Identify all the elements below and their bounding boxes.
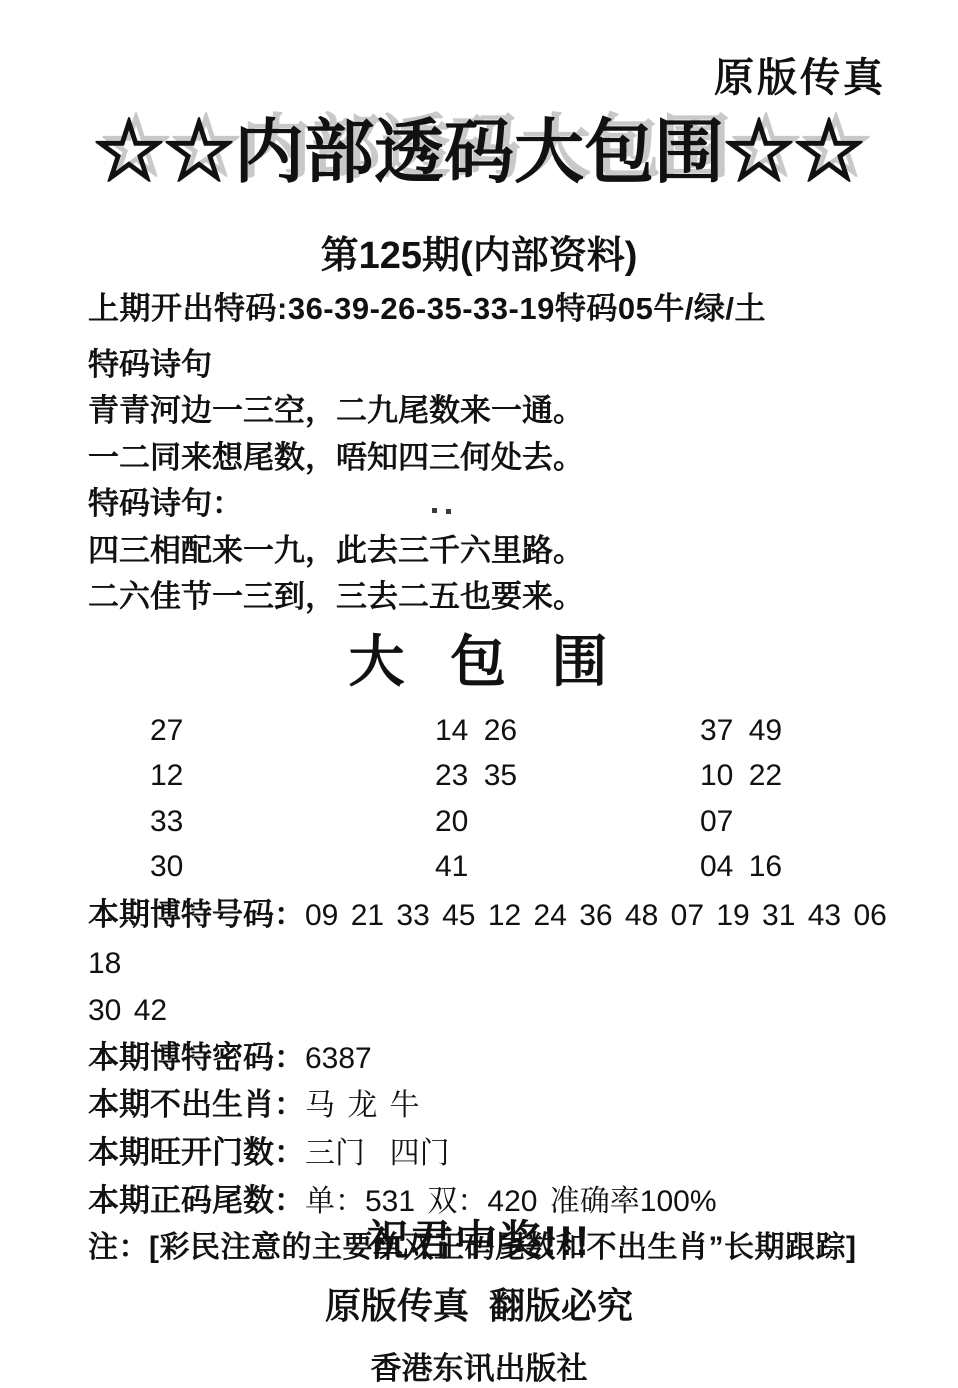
info-value: 马 龙 牛 bbox=[305, 1089, 420, 1122]
info-line-lucky-gates: 本期旺开门数：三门 四门 bbox=[88, 1130, 910, 1178]
issue-line: 第125期(内部资料) bbox=[0, 224, 958, 279]
encirclement-table: 27 14 26 37 49 12 23 35 10 22 33 20 07 3… bbox=[150, 708, 958, 890]
poem-line: 一二同来想尾数，唔知四三何处去。 bbox=[88, 435, 918, 482]
encirclement-cell: 27 bbox=[150, 708, 435, 753]
wish-line: 祝君中奖!!! bbox=[0, 1208, 958, 1268]
copyright-line: 原版传真 翻版必究 bbox=[0, 1278, 958, 1329]
encirclement-heading: 大 包 围 bbox=[0, 618, 958, 698]
encirclement-cell: 23 35 bbox=[435, 753, 700, 798]
info-value: 三门 四门 bbox=[305, 1137, 450, 1170]
info-label: 本期博特密码： bbox=[88, 1040, 305, 1075]
ink-speck-artifact bbox=[432, 508, 437, 513]
info-line-bote-numbers: 本期博特号码：09 21 33 45 12 24 36 48 07 19 31 … bbox=[88, 892, 910, 1035]
info-label: 本期博特号码： bbox=[88, 897, 305, 932]
corner-tag: 原版传真 bbox=[714, 46, 886, 103]
poem-section2-label: 特码诗句： bbox=[88, 481, 918, 528]
encirclement-cell: 12 bbox=[150, 753, 435, 798]
info-line-bote-password: 本期博特密码：6387 bbox=[88, 1035, 910, 1083]
encirclement-cell: 37 49 bbox=[700, 708, 958, 753]
info-label: 本期旺开门数： bbox=[88, 1135, 305, 1170]
encirclement-cell: 30 bbox=[150, 844, 435, 889]
poem-line: 四三相配来一九，此去三千六里路。 bbox=[88, 528, 918, 575]
poem-line: 二六佳节一三到，三去二五也要来。 bbox=[88, 574, 918, 621]
encirclement-cell: 04 16 bbox=[700, 844, 958, 889]
poem-section1-label: 特码诗句 bbox=[88, 342, 918, 389]
page-title: ☆☆内部透码大包围☆☆ bbox=[0, 96, 958, 197]
info-value: 6387 bbox=[305, 1042, 372, 1075]
poem-line: 青青河边一三空，二九尾数来一通。 bbox=[88, 388, 918, 435]
footer: 祝君中奖!!! 原版传真 翻版必究 香港东讯出版社 bbox=[0, 1208, 958, 1388]
encirclement-cell: 41 bbox=[435, 844, 700, 889]
encirclement-cell: 10 22 bbox=[700, 753, 958, 798]
encirclement-cell: 20 bbox=[435, 799, 700, 844]
info-line-excluded-zodiacs: 本期不出生肖：马 龙 牛 bbox=[88, 1082, 910, 1130]
encirclement-cell: 07 bbox=[700, 799, 958, 844]
encirclement-cell: 14 26 bbox=[435, 708, 700, 753]
publisher-line: 香港东讯出版社 bbox=[0, 1343, 958, 1388]
info-label: 本期不出生肖： bbox=[88, 1087, 305, 1122]
fax-document: 原版传真 ☆☆内部透码大包围☆☆ 第125期(内部资料) 上期开出特码:36-3… bbox=[0, 0, 958, 1388]
intro-block: 上期开出特码:36-39-26-35-33-19特码05牛/绿/土 特码诗句 青… bbox=[88, 286, 918, 621]
encirclement-cell: 33 bbox=[150, 799, 435, 844]
last-draw-line: 上期开出特码:36-39-26-35-33-19特码05牛/绿/土 bbox=[88, 286, 918, 333]
